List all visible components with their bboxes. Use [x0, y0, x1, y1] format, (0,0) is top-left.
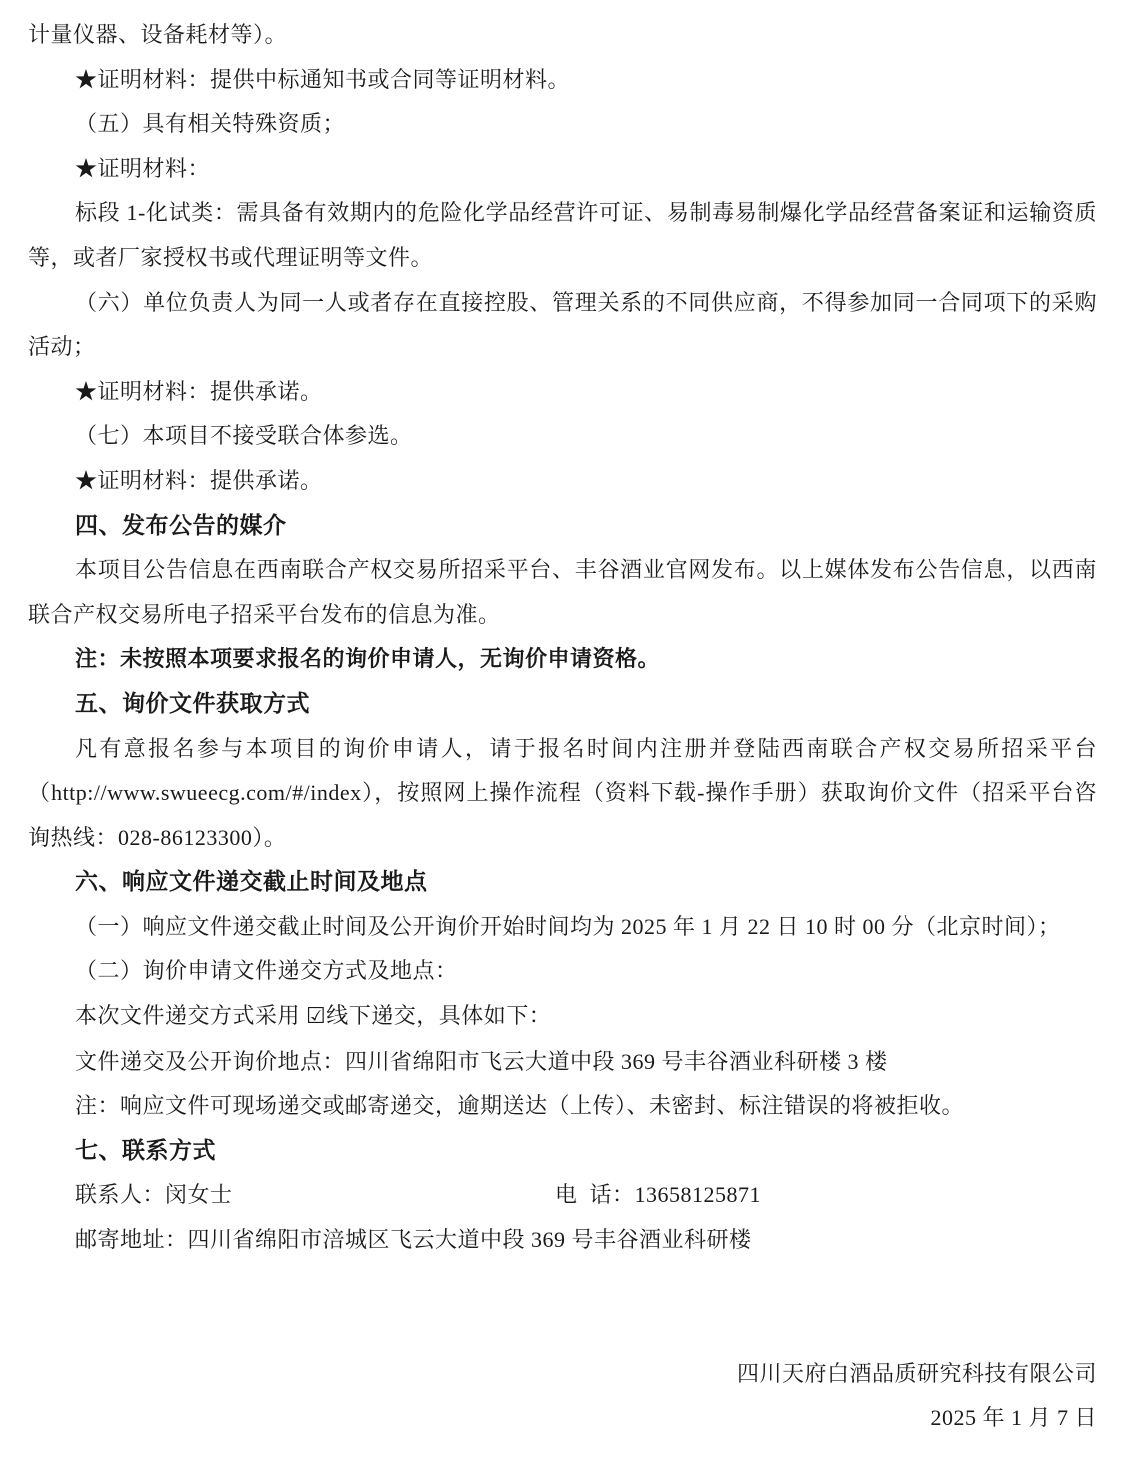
para-delivery-method: 本次文件递交方式采用 ☑线下递交，具体如下：	[28, 994, 1097, 1040]
heading-section-4-announcement-media: 四、发布公告的媒介	[28, 504, 1097, 549]
para-proof-commitment-1: ★证明材料：提供承诺。	[28, 370, 1097, 415]
para-note-registration-requirement: 注：未按照本项要求报名的询价申请人，无询价申请资格。	[28, 637, 1097, 682]
signature-date: 2025 年 1 月 7 日	[28, 1396, 1097, 1441]
para-continuation-equipment: 计量仪器、设备耗材等）。	[28, 13, 1097, 58]
document-page: 计量仪器、设备耗材等）。 ★证明材料：提供中标通知书或合同等证明材料。 （五）具…	[0, 0, 1123, 1465]
para-item-5-special-qualifications: （五）具有相关特殊资质；	[28, 102, 1097, 147]
para-contact-row: 联系人：闵女士电 话：13658125871	[28, 1173, 1097, 1218]
heading-section-6-submission-deadline-location: 六、响应文件递交截止时间及地点	[28, 860, 1097, 905]
heading-section-5-inquiry-document-acquisition: 五、询价文件获取方式	[28, 682, 1097, 727]
heading-section-7-contact: 七、联系方式	[28, 1129, 1097, 1174]
para-item-7-no-consortium: （七）本项目不接受联合体参选。	[28, 414, 1097, 459]
para-note-rejection-rules: 注：响应文件可现场递交或邮寄递交，逾期送达（上传）、未密封、标注错误的将被拒收。	[28, 1084, 1097, 1129]
para-item-6-same-legal-person: （六）单位负责人为同一人或者存在直接控股、管理关系的不同供应商，不得参加同一合同…	[28, 281, 1097, 370]
para-submission-deadline-time: （一）响应文件递交截止时间及公开询价开始时间均为 2025 年 1 月 22 日…	[28, 905, 1097, 950]
para-proof-commitment-2: ★证明材料：提供承诺。	[28, 459, 1097, 504]
delivery-method-suffix: 线下递交，具体如下：	[326, 1003, 551, 1028]
para-submission-location: 文件递交及公开询价地点：四川省绵阳市飞云大道中段 369 号丰谷酒业科研楼 3 …	[28, 1040, 1097, 1085]
para-mailing-address: 邮寄地址：四川省绵阳市涪城区飞云大道中段 369 号丰谷酒业科研楼	[28, 1218, 1097, 1263]
delivery-method-prefix: 本次文件递交方式采用	[75, 1003, 306, 1028]
checked-checkbox-icon: ☑	[306, 1004, 326, 1029]
para-inquiry-document-acquisition-detail: 凡有意报名参与本项目的询价申请人，请于报名时间内注册并登陆西南联合产权交易所招采…	[28, 727, 1097, 861]
para-submission-method-location-label: （二）询价申请文件递交方式及地点：	[28, 949, 1097, 994]
signature-company-name: 四川天府白酒品质研究科技有限公司	[28, 1352, 1097, 1397]
para-lot1-chemical-requirements: 标段 1-化试类：需具备有效期内的危险化学品经营许可证、易制毒易制爆化学品经营备…	[28, 191, 1097, 280]
contact-phone-label: 电 话：13658125871	[508, 1173, 761, 1218]
para-proof-materials-label: ★证明材料：	[28, 147, 1097, 192]
contact-person-label: 联系人：闵女士	[75, 1182, 233, 1207]
para-announcement-media-detail: 本项目公告信息在西南联合产权交易所招采平台、丰谷酒业官网发布。以上媒体发布公告信…	[28, 548, 1097, 637]
para-proof-bid-notice: ★证明材料：提供中标通知书或合同等证明材料。	[28, 58, 1097, 103]
document-content: 计量仪器、设备耗材等）。 ★证明材料：提供中标通知书或合同等证明材料。 （五）具…	[28, 13, 1097, 1441]
